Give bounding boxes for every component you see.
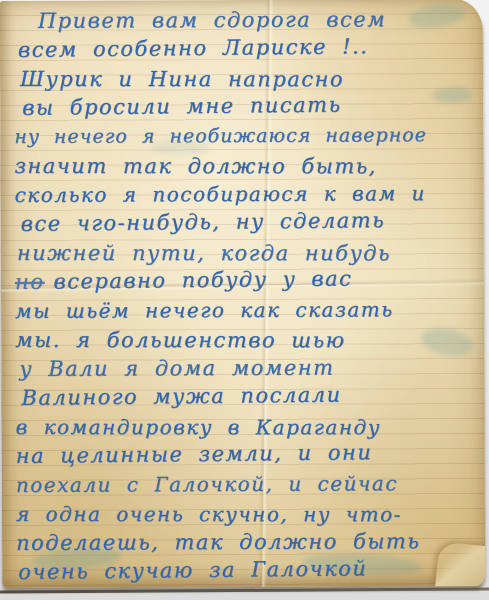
folded-corner: [435, 541, 485, 588]
handwritten-line: мы. я большенство шью: [15, 326, 480, 355]
handwritten-line: значит так должно быть,: [14, 152, 479, 181]
handwritten-line: очень скучаю за Галочкой: [16, 553, 481, 587]
handwritten-line: все чго-нибудь, ну сделать: [15, 205, 480, 239]
handwritten-line: вы бросили мне писать: [14, 89, 479, 123]
handwritten-line: на целинные земли, и они: [16, 437, 481, 471]
handwritten-line: Валиного мужа послали: [15, 379, 480, 413]
struck-word: но: [15, 270, 45, 294]
handwritten-line: я одна очень скучно, ну что-: [16, 500, 481, 529]
letter-page: Привет вам сдорога всемвсем особенно Лар…: [0, 0, 485, 588]
handwritten-line: поехали с Галочкой, и сейчас: [16, 469, 481, 500]
handwritten-text: Привет вам сдорога всемвсем особенно Лар…: [14, 5, 482, 588]
handwritten-line: мы шьём нечего как сказать: [15, 295, 480, 326]
handwritten-line: новсеравно побуду у вас: [15, 263, 480, 297]
handwritten-line: всем особенно Лариске !..: [14, 31, 479, 65]
handwritten-line: ну нечего я необижаюся наверное: [14, 121, 479, 152]
